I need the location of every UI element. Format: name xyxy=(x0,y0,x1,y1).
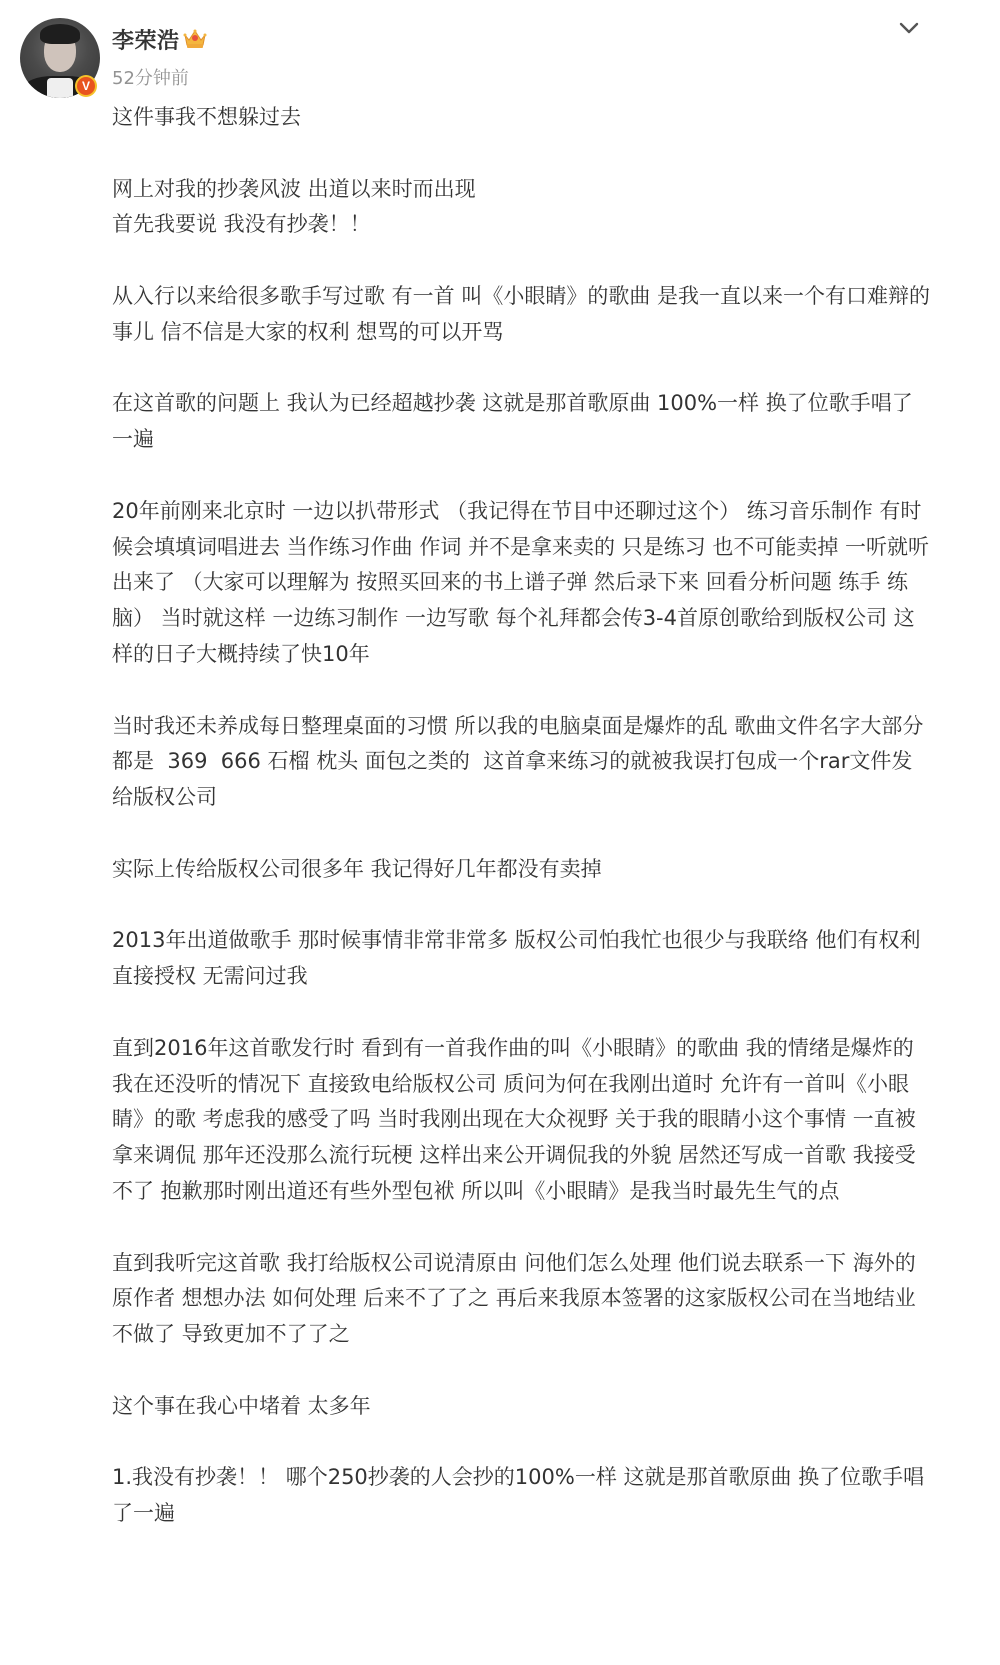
post-header: V 李荣浩 52分钟前 xyxy=(0,0,1000,110)
post-body: 这件事我不想躲过去 网上对我的抄袭风波 出道以来时而出现 首先我要说 我没有抄袭… xyxy=(112,100,932,1532)
post-paragraph: 实际上传给版权公司很多年 我记得好几年都没有卖掉 xyxy=(112,852,932,888)
post-paragraph: 直到2016年这首歌发行时 看到有一首我作曲的叫《小眼睛》的歌曲 我的情绪是爆炸… xyxy=(112,1031,932,1210)
post-paragraph: 1.我没有抄袭！！ 哪个250抄袭的人会抄的100%一样 这就是那首歌原曲 换了… xyxy=(112,1460,932,1532)
post-paragraph: 这个事在我心中堵着 太多年 xyxy=(112,1389,932,1425)
crown-icon xyxy=(183,27,207,49)
post-timestamp: 52分钟前 xyxy=(112,64,189,90)
post-paragraph: 网上对我的抄袭风波 出道以来时而出现 首先我要说 我没有抄袭！！ xyxy=(112,172,932,244)
chevron-down-icon[interactable] xyxy=(898,20,920,36)
avatar-shirt xyxy=(47,78,73,98)
avatar-hair xyxy=(40,24,80,44)
post-paragraph: 2013年出道做歌手 那时候事情非常非常多 版权公司怕我忙也很少与我联络 他们有… xyxy=(112,923,932,995)
post-paragraph: 在这首歌的问题上 我认为已经超越抄袭 这就是那首歌原曲 100%一样 换了位歌手… xyxy=(112,386,932,458)
author-name[interactable]: 李荣浩 xyxy=(112,24,180,55)
verified-badge-icon: V xyxy=(75,75,97,97)
verified-badge-label: V xyxy=(77,77,95,95)
post-paragraph: 从入行以来给很多歌手写过歌 有一首 叫《小眼睛》的歌曲 是我一直以来一个有口难辩… xyxy=(112,279,932,351)
post-paragraph: 20年前刚来北京时 一边以扒带形式 （我记得在节目中还聊过这个） 练习音乐制作 … xyxy=(112,494,932,673)
post-paragraph-text: 网上对我的抄袭风波 出道以来时而出现 首先我要说 我没有抄袭！！ xyxy=(112,177,476,237)
post-paragraph: 这件事我不想躲过去 xyxy=(112,100,932,136)
post-paragraph: 当时我还未养成每日整理桌面的习惯 所以我的电脑桌面是爆炸的乱 歌曲文件名字大部分… xyxy=(112,709,932,816)
post-paragraph: 直到我听完这首歌 我打给版权公司说清原由 问他们怎么处理 他们说去联系一下 海外… xyxy=(112,1246,932,1353)
